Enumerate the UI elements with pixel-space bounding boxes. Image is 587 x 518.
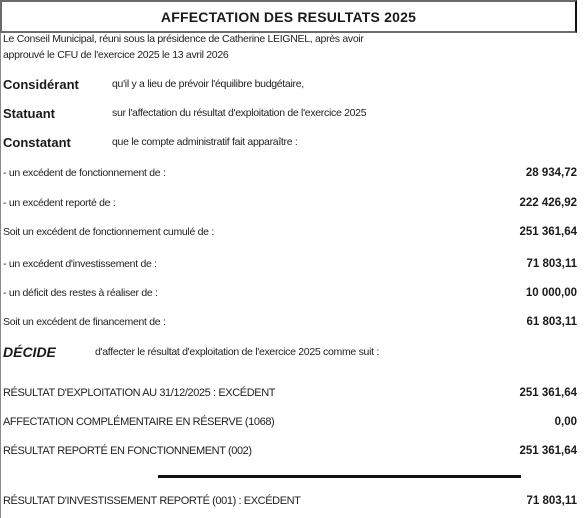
finding-amount: 71 803,11 <box>526 258 577 270</box>
finding-row: - un déficit des restes à réaliser de : … <box>3 284 577 302</box>
allocation-amount: 251 361,64 <box>519 387 577 399</box>
finding-label: Soit un excédent de financement de : <box>3 316 526 328</box>
finding-row: - un excédent de fonctionnement de : 28 … <box>3 164 577 182</box>
title-box: AFFECTATION DES RESULTATS 2025 <box>0 0 577 33</box>
clause-keyword: Considérant <box>3 77 112 92</box>
clause-statuant: Statuant sur l'affectation du résultat d… <box>3 104 577 122</box>
finding-label: - un excédent de fonctionnement de : <box>3 167 526 179</box>
clause-text: qu'il y a lieu de prévoir l'équilibre bu… <box>112 78 304 90</box>
clause-keyword: Constatant <box>3 135 112 150</box>
intro-paragraph: Le Conseil Municipal, réuni sous la prés… <box>3 31 473 63</box>
finding-amount: 61 803,11 <box>526 316 577 328</box>
allocation-row: AFFECTATION COMPLÉMENTAIRE EN RÉSERVE (1… <box>3 413 577 431</box>
finding-amount: 28 934,72 <box>526 167 577 179</box>
finding-label: Soit un excédent de fonctionnement cumul… <box>3 226 519 238</box>
allocation-row: RÉSULTAT REPORTÉ EN FONCTIONNEMENT (002)… <box>3 442 577 460</box>
finding-label: - un excédent d'investissement de : <box>3 258 526 270</box>
allocation-amount: 251 361,64 <box>519 445 577 457</box>
document-title: AFFECTATION DES RESULTATS 2025 <box>161 9 416 25</box>
investment-amount: 71 803,11 <box>526 495 577 507</box>
clause-considerant: Considérant qu'il y a lieu de prévoir l'… <box>3 75 577 93</box>
decision-row: DÉCIDE d'affecter le résultat d'exploita… <box>3 343 577 361</box>
investment-label: RÉSULTAT D'INVESTISSEMENT REPORTÉ (001) … <box>3 495 526 507</box>
finding-row: Soit un excédent de fonctionnement cumul… <box>3 223 577 241</box>
finding-amount: 251 361,64 <box>519 226 577 238</box>
decision-text: d'affecter le résultat d'exploitation de… <box>95 346 379 358</box>
finding-amount: 10 000,00 <box>526 287 577 299</box>
allocation-amount: 0,00 <box>555 416 577 428</box>
page-left-border <box>0 0 1 518</box>
clause-keyword: Statuant <box>3 106 112 121</box>
clause-constatant: Constatant que le compte administratif f… <box>3 133 577 151</box>
clause-text: que le compte administratif fait apparaî… <box>112 136 298 148</box>
decision-keyword: DÉCIDE <box>3 344 95 360</box>
finding-label: - un déficit des restes à réaliser de : <box>3 287 526 299</box>
investment-row: RÉSULTAT D'INVESTISSEMENT REPORTÉ (001) … <box>3 492 577 510</box>
intro-line-2: approuvé le CFU de l'exercice 2025 le 13… <box>3 47 473 63</box>
separator-line <box>158 475 521 478</box>
finding-row: - un excédent d'investissement de : 71 8… <box>3 255 577 273</box>
allocation-label: AFFECTATION COMPLÉMENTAIRE EN RÉSERVE (1… <box>3 416 555 428</box>
allocation-label: RÉSULTAT D'EXPLOITATION AU 31/12/2025 : … <box>3 387 519 399</box>
finding-row: Soit un excédent de financement de : 61 … <box>3 313 577 331</box>
clause-text: sur l'affectation du résultat d'exploita… <box>112 107 366 119</box>
finding-row: - un excédent reporté de : 222 426,92 <box>3 194 577 212</box>
intro-line-1: Le Conseil Municipal, réuni sous la prés… <box>3 31 473 47</box>
finding-amount: 222 426,92 <box>519 197 577 209</box>
allocation-row: RÉSULTAT D'EXPLOITATION AU 31/12/2025 : … <box>3 384 577 402</box>
allocation-label: RÉSULTAT REPORTÉ EN FONCTIONNEMENT (002) <box>3 445 519 457</box>
finding-label: - un excédent reporté de : <box>3 197 519 209</box>
